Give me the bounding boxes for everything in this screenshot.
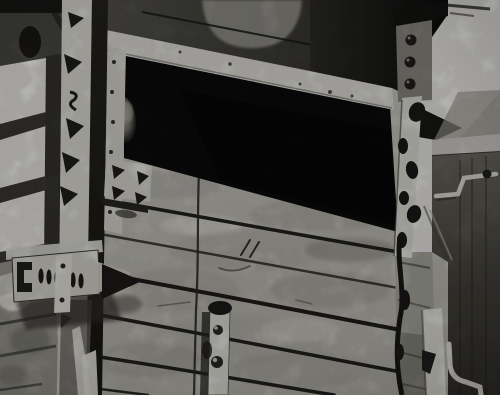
photo-canvas [0, 0, 500, 395]
boxcar-photograph [0, 0, 500, 395]
film-grain [0, 0, 500, 395]
